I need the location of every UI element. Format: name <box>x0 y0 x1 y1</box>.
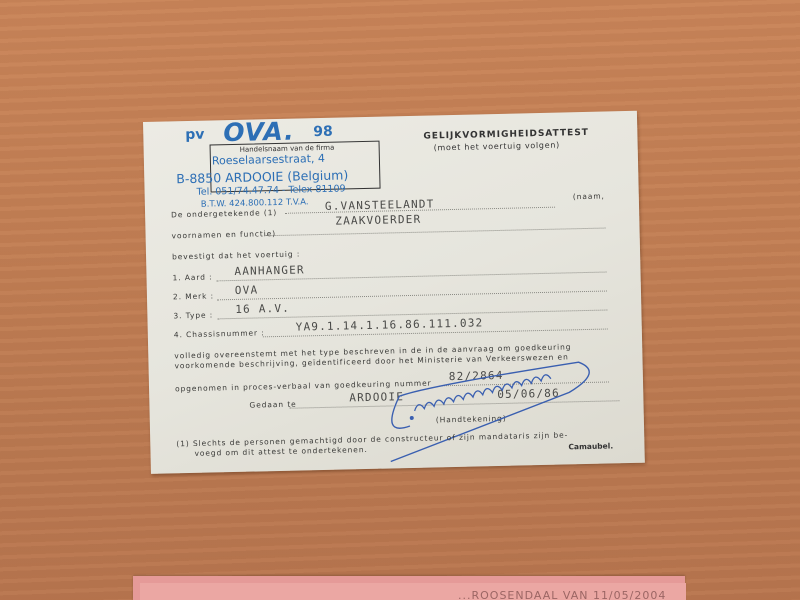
field-value-type: 16 A.V. <box>235 302 290 316</box>
name-hint: (naam, <box>573 192 605 202</box>
field-label-chassis: 4. Chassisnummer : <box>174 328 265 339</box>
stamp-prefix: pv <box>185 127 205 143</box>
printer-name: Camaubel. <box>568 441 613 451</box>
conformity-certificate-card: pv OVA. 98 Handelsnaam van de firma Roes… <box>143 111 645 474</box>
document-title: GELIJKVORMIGHEIDSATTEST <box>423 128 589 142</box>
document-subtitle: (moet het voertuig volgen) <box>434 141 560 153</box>
field-label-type: 3. Type : <box>173 310 213 320</box>
stamp-suffix: 98 <box>313 124 333 140</box>
first-names-function-label: voornamen en functie) <box>171 229 276 240</box>
pink-paper-text: ...ROOSENDAAL VAN 11/05/2004 <box>458 589 666 600</box>
field-label-aard: 1. Aard : <box>172 272 212 282</box>
undersigned-label: De ondergetekende (1) <box>171 208 277 219</box>
signature-scribble <box>368 352 600 467</box>
pink-paper-sheet-inner: ...ROOSENDAAL VAN 11/05/2004 <box>140 583 686 600</box>
field-label-merk: 2. Merk : <box>173 291 214 301</box>
field-value-merk: OVA <box>235 283 259 297</box>
stamp-street: Roeselaarsestraat, 4 <box>212 152 325 168</box>
undersigned-function: ZAAKVOERDER <box>335 213 421 228</box>
stamp-phone: Tel. 051/74.47.74 - Telex 81109 <box>196 183 345 197</box>
confirms-label: bevestigt dat het voertuig : <box>172 249 300 261</box>
field-value-aard: AANHANGER <box>234 263 305 278</box>
